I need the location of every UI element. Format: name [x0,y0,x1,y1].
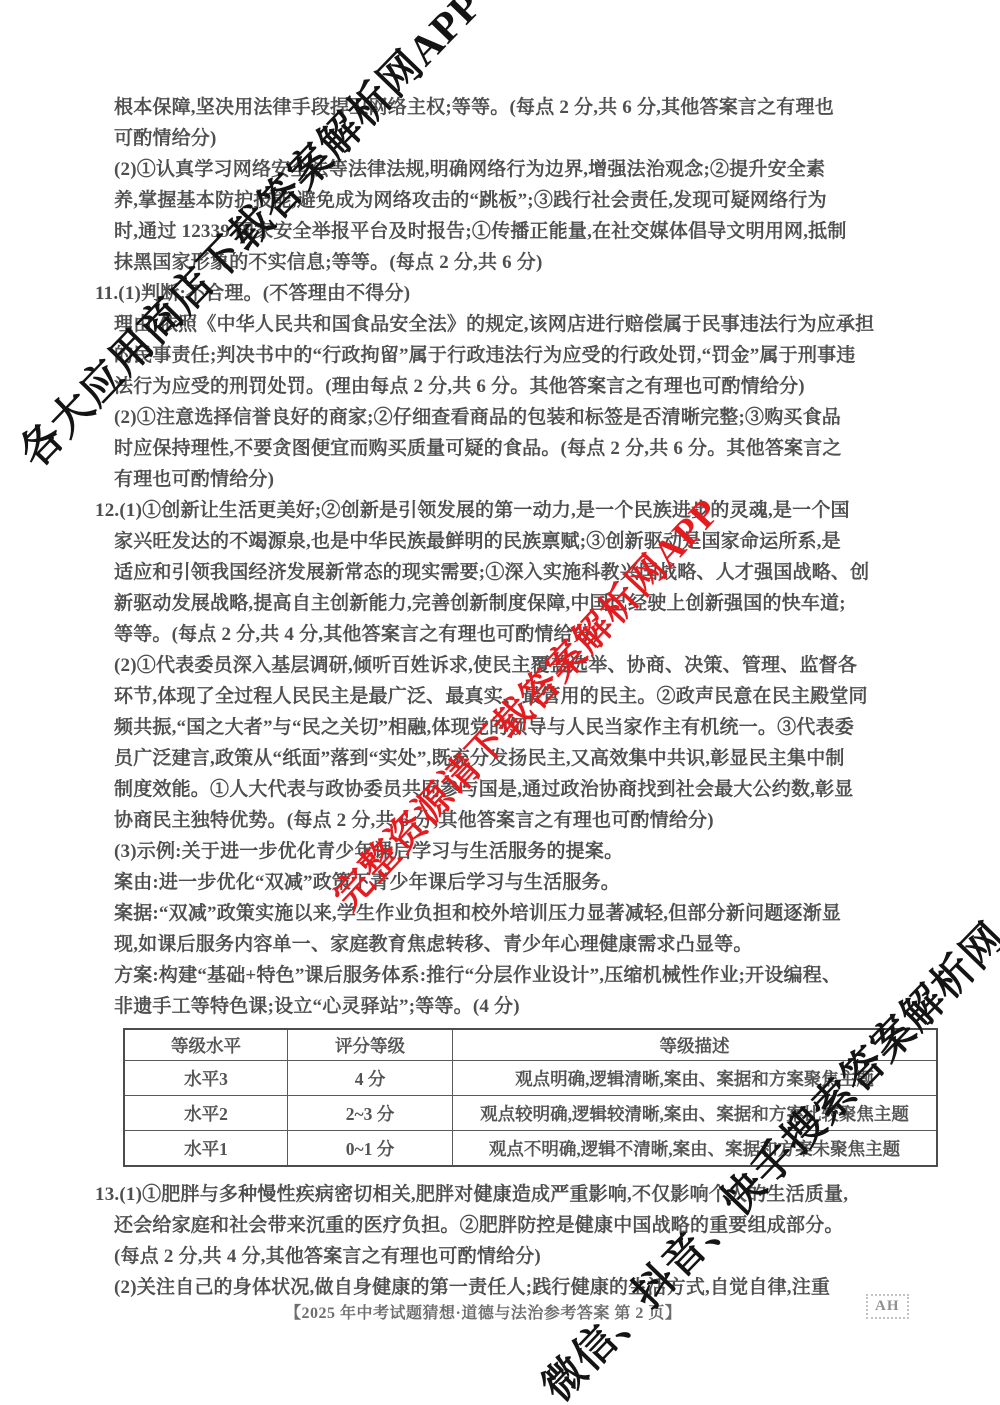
answer-line: 法行为应受的刑罚处罚。(理由每点 2 分,共 6 分。其他答案言之有理也可酌情给… [95,371,917,402]
rubric-row-level-1: 水平1 0~1 分 观点不明确,逻辑不清晰,案由、案据和方案未聚焦主题 [124,1131,937,1167]
answer-line: 环节,体现了全过程人民民主是最广泛、最真实、最管用的民主。②政声民意在民主殿堂同 [95,681,917,712]
answer-line: 养,掌握基本防护技能,避免成为网络攻击的“跳板”;③践行社会责任,发现可疑网络行… [95,185,917,216]
answer-line: (每点 2 分,共 4 分,其他答案言之有理也可酌情给分) [95,1241,917,1272]
answer-line: 现,如课后服务内容单一、家庭教育焦虑转移、青少年心理健康需求凸显等。 [95,929,917,960]
answer-line-question-11: 11.(1)判断:不合理。(不答理由不得分) [95,278,917,309]
answer-line: 理由:依照《中华人民共和国食品安全法》的规定,该网店进行赔偿属于民事违法行为应承… [95,309,917,340]
answer-line: 案据:“双减”政策实施以来,学生作业负担和校外培训压力显著减轻,但部分新问题逐渐… [95,898,917,929]
rubric-cell-score: 4 分 [288,1061,453,1096]
answer-line: 适应和引领我国经济发展新常态的现实需要;①深入实施科教兴国战略、人才强国战略、创 [95,557,917,588]
rubric-row-level-2: 水平2 2~3 分 观点较明确,逻辑较清晰,案由、案据和方案比较聚焦主题 [124,1096,937,1131]
answer-line: 案由:进一步优化“双减”政策下青少年课后学习与生活服务。 [95,867,917,898]
rubric-header-score: 评分等级 [288,1029,453,1061]
answer-line: 非遗手工等特色课;设立“心灵驿站”;等等。(4 分) [95,991,917,1022]
exam-code-badge: AH [866,1294,909,1319]
rubric-cell-description: 观点明确,逻辑清晰,案由、案据和方案聚焦主题 [453,1061,938,1096]
answer-line: 时,通过 12339 国家安全举报平台及时报告;①传播正能量,在社交媒体倡导文明… [95,216,917,247]
rubric-cell-level: 水平3 [124,1061,288,1096]
answer-line: 方案:构建“基础+特色”课后服务体系:推行“分层作业设计”,压缩机械性作业;开设… [95,960,917,991]
answer-line: 有理也可酌情给分) [95,464,917,495]
grading-rubric-table: 等级水平 评分等级 等级描述 水平3 4 分 观点明确,逻辑清晰,案由、案据和方… [123,1028,938,1167]
answer-line: 制度效能。①人大代表与政协委员共同参与国是,通过政治协商找到社会最大公约数,彰显 [95,774,917,805]
rubric-row-level-3: 水平3 4 分 观点明确,逻辑清晰,案由、案据和方案聚焦主题 [124,1061,937,1096]
answer-line-question-12: 12.(1)①创新让生活更美好;②创新是引领发展的第一动力,是一个民族进步的灵魂… [95,495,917,526]
answer-line: 家兴旺发达的不竭源泉,也是中华民族最鲜明的民族禀赋;③创新驱动是国家命运所系,是 [95,526,917,557]
answer-line: (2)①认真学习网络安全法等法律法规,明确网络行为边界,增强法治观念;②提升安全… [95,154,917,185]
answer-line: 协商民主独特优势。(每点 2 分,共 6 分,其他答案言之有理也可酌情给分) [95,805,917,836]
rubric-header-description: 等级描述 [453,1029,938,1061]
answer-line: 时应保持理性,不要贪图便宜而购买质量可疑的食品。(每点 2 分,共 6 分。其他… [95,433,917,464]
answer-line-question-13: 13.(1)①肥胖与多种慢性疾病密切相关,肥胖对健康造成严重影响,不仅影响个人的… [95,1179,917,1210]
answer-line: 的民事责任;判决书中的“行政拘留”属于行政违法行为应受的行政处罚,“罚金”属于刑… [95,340,917,371]
footer-caption: 【2025 年中考试题猜想·道德与法治参考答案 第 2 页】 [285,1300,681,1323]
answer-line: (3)示例:关于进一步优化青少年课后学习与生活服务的提案。 [95,836,917,867]
answer-line: (2)①注意选择信誉良好的商家;②仔细查看商品的包装和标签是否清晰完整;③购买食… [95,402,917,433]
answer-line: 员广泛建言,政策从“纸面”落到“实处”,既充分发扬民主,又高效集中共识,彰显民主… [95,743,917,774]
rubric-header-level: 等级水平 [124,1029,288,1061]
rubric-cell-score: 0~1 分 [288,1131,453,1167]
rubric-cell-level: 水平2 [124,1096,288,1131]
answer-line: 频共振,“国之大者”与“民之关切”相融,体现党的领导与人民当家作主有机统一。③代… [95,712,917,743]
rubric-cell-description: 观点较明确,逻辑较清晰,案由、案据和方案比较聚焦主题 [453,1096,938,1131]
rubric-cell-description: 观点不明确,逻辑不清晰,案由、案据和方案未聚焦主题 [453,1131,938,1167]
answer-line: 新驱动发展战略,提高自主创新能力,完善创新制度保障,中国已经驶上创新强国的快车道… [95,588,917,619]
answer-line: 还会给家庭和社会带来沉重的医疗负担。②肥胖防控是健康中国战略的重要组成部分。 [95,1210,917,1241]
rubric-header-row: 等级水平 评分等级 等级描述 [124,1029,937,1061]
answer-line: 可酌情给分) [95,123,917,154]
rubric-cell-level: 水平1 [124,1131,288,1167]
scanned-answer-sheet-page: 根本保障,坚决用法律手段捍卫网络主权;等等。(每点 2 分,共 6 分,其他答案… [0,0,1000,1405]
rubric-cell-score: 2~3 分 [288,1096,453,1131]
answer-line: 抹黑国家形象的不实信息;等等。(每点 2 分,共 6 分) [95,247,917,278]
answer-line: 根本保障,坚决用法律手段捍卫网络主权;等等。(每点 2 分,共 6 分,其他答案… [95,92,917,123]
answer-line: (2)关注自己的身体状况,做自身健康的第一责任人;践行健康的生活方式,自觉自律,… [95,1272,917,1303]
answer-text-block: 根本保障,坚决用法律手段捍卫网络主权;等等。(每点 2 分,共 6 分,其他答案… [95,92,917,1303]
answer-line: 等等。(每点 2 分,共 4 分,其他答案言之有理也可酌情给分) [95,619,917,650]
answer-line: (2)①代表委员深入基层调研,倾听百姓诉求,使民主覆盖选举、协商、决策、管理、监… [95,650,917,681]
